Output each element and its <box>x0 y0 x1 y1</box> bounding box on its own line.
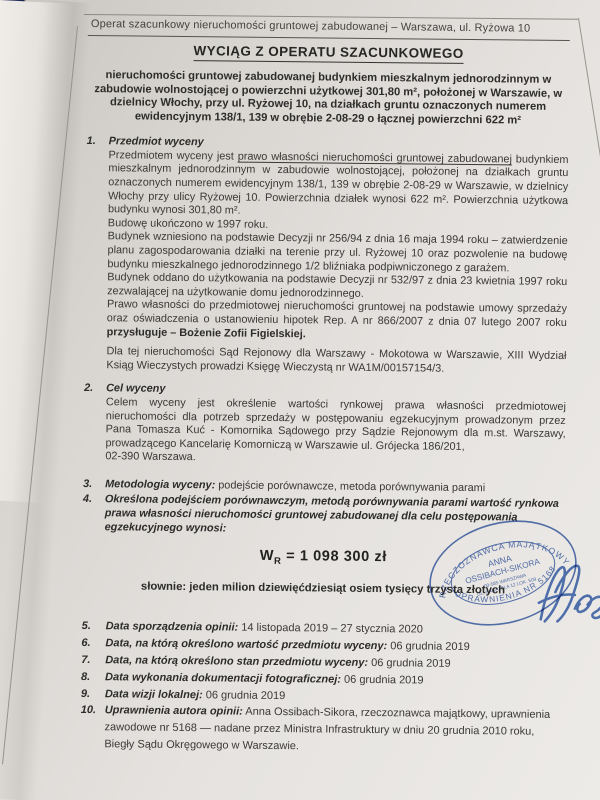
section-1-przedmiot-wyceny: 1. Przedmiot wyceny Przedmiotem wyceny j… <box>84 135 568 377</box>
section-1-paragraph-1: Przedmiotem wyceny jest prawo własności … <box>108 149 569 222</box>
running-header: Operat szacunkowy nieruchomości gruntowe… <box>88 16 570 41</box>
section-1-paragraph-3: Budynek wzniesiono na podstawie Decyzji … <box>107 231 567 277</box>
section-number: 2. <box>83 382 106 464</box>
intro-paragraph: nieruchomości gruntowej zabudowanej budy… <box>93 69 564 130</box>
document-title: WYCIĄG Z OPERATU SZACUNKOWEGO <box>88 43 570 65</box>
section-number: 4. <box>83 493 105 534</box>
section-3-value: podejście porównawcze, metoda porównywan… <box>215 479 485 494</box>
page-edge-right <box>578 18 600 162</box>
signature-ink-icon <box>531 556 600 636</box>
section-1-paragraph-5: Prawo własności do przedmiotowej nieruch… <box>107 299 567 345</box>
section-2-cel-wyceny: 2. Cel wyceny Celem wyceny jest określen… <box>83 382 566 469</box>
dates-list: 5. Data sporządzenia opinii: 14 listopad… <box>80 618 563 757</box>
section-number: 3. <box>83 478 105 492</box>
section-1-paragraph-6: Dla tej nieruchomości Sąd Rejonowy dla W… <box>106 345 566 377</box>
underlined-phrase: prawo własności nieruchomości gruntowej … <box>238 150 512 165</box>
section-3-heading: Metodologia wyceny: <box>105 478 215 491</box>
section-2-paragraph: Celem wyceny jest określenie wartości ry… <box>105 396 566 455</box>
owner-name: przysługuje – Bożenie Zofii Figielskiej. <box>107 326 306 340</box>
list-item: 10. Uprawnienia autora opinii: Anna Ossi… <box>80 702 563 757</box>
document-page: Operat szacunkowy nieruchomości gruntowe… <box>80 16 570 758</box>
signature <box>531 556 600 636</box>
section-number: 1. <box>84 135 108 372</box>
